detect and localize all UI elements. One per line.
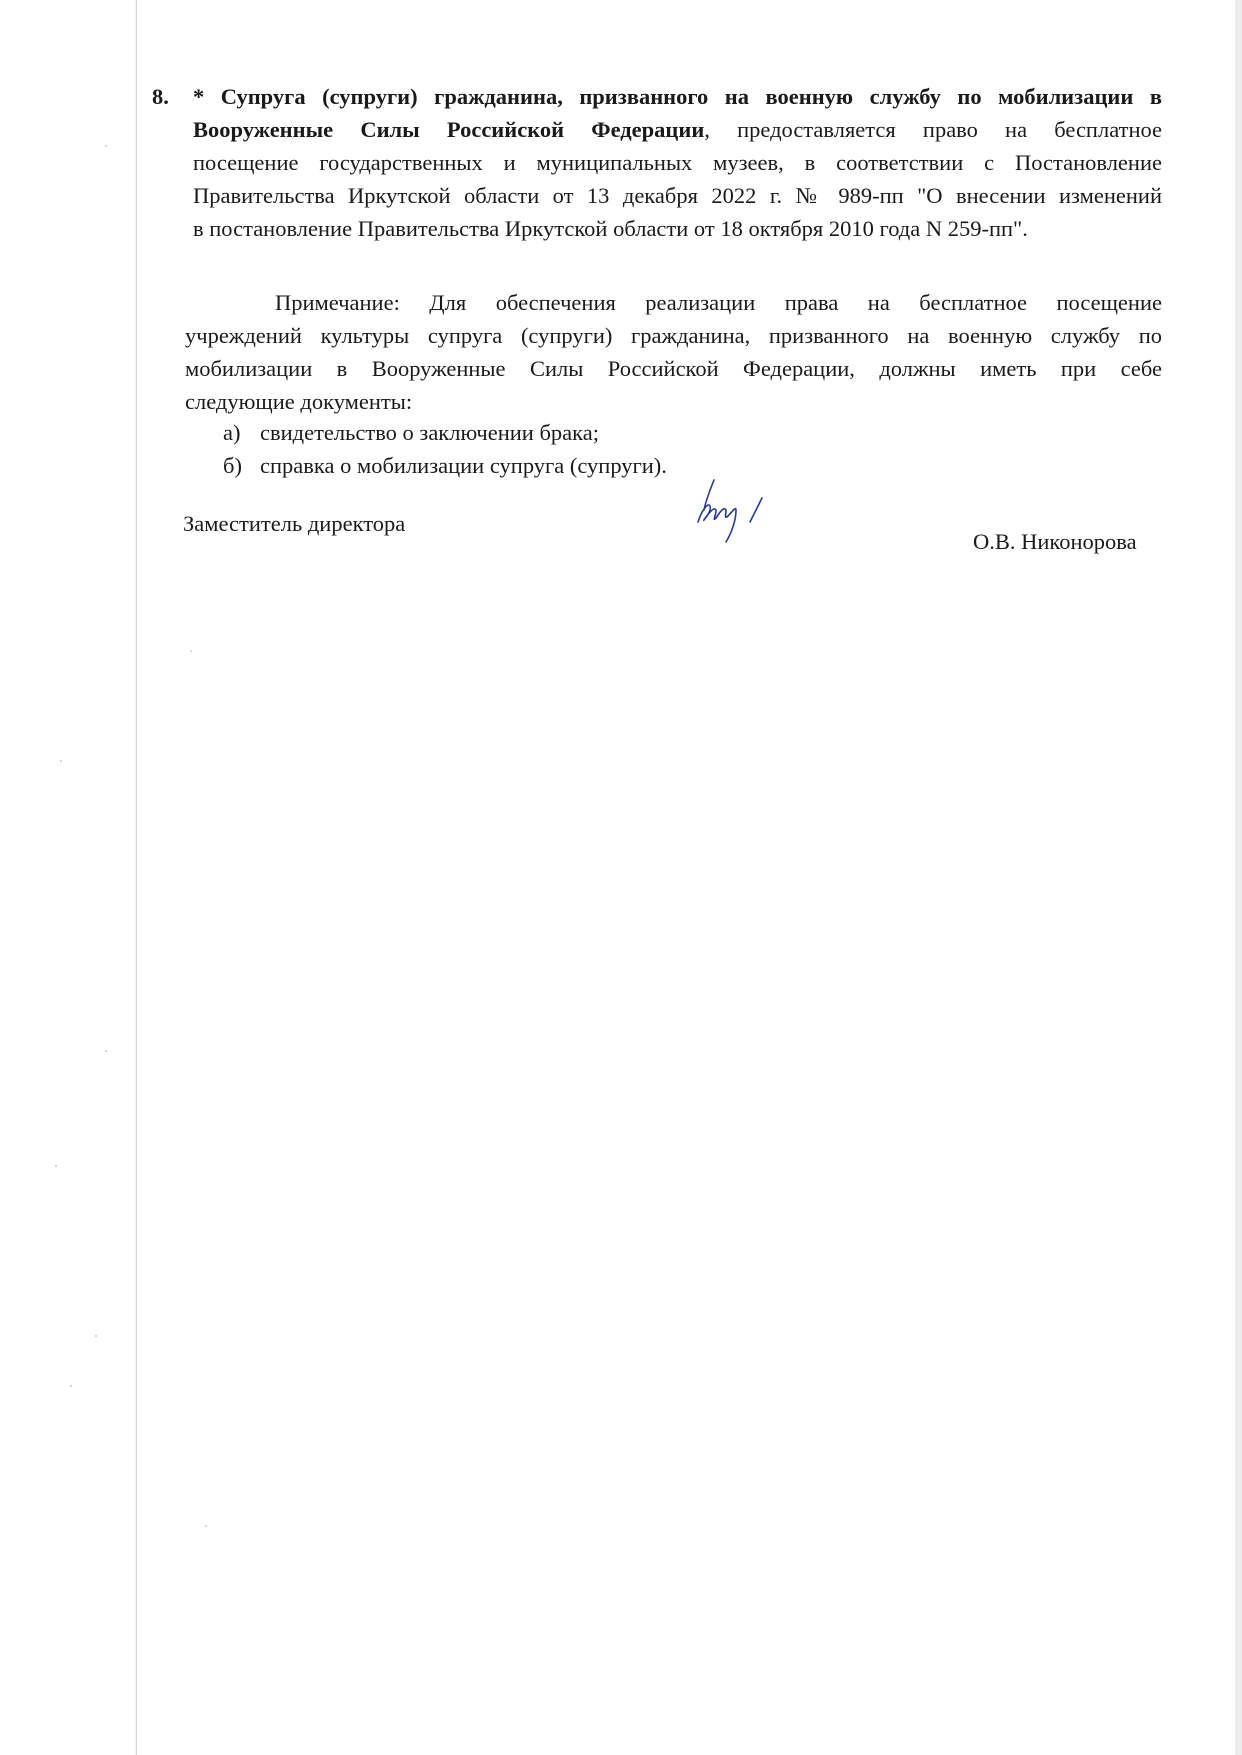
- item-line-2-bold: Вооруженные Силы Российской Федерации: [193, 117, 704, 142]
- list-item: а) свидетельство о заключении брака;: [223, 416, 240, 449]
- note-line-3-text: мобилизации в Вооруженные Силы Российско…: [185, 356, 1162, 381]
- note-line-1: Примечание: Для обеспечения реализации п…: [275, 286, 1162, 319]
- note-line-2: учреждений культуры супруга (супруги) гр…: [185, 319, 1162, 352]
- note-line-2-text: учреждений культуры супруга (супруги) гр…: [185, 323, 1162, 348]
- item-number: 8.: [152, 80, 169, 113]
- list-item-text: справка о мобилизации супруга (супруги).: [260, 449, 667, 482]
- note-line-3: мобилизации в Вооруженные Силы Российско…: [185, 352, 1162, 385]
- page-edge: [1235, 0, 1242, 1755]
- item-line-5: в постановление Правительства Иркутской …: [193, 212, 1028, 245]
- item-line-1-bold: * Супруга (супруги) гражданина, призванн…: [193, 84, 1162, 109]
- item-line-1: * Супруга (супруги) гражданина, призванн…: [193, 80, 1162, 113]
- note-line-4: следующие документы:: [185, 385, 412, 418]
- list-item: б) справка о мобилизации супруга (супруг…: [223, 449, 242, 482]
- item-line-5-text: в постановление Правительства Иркутской …: [193, 216, 1028, 241]
- item-line-4-text: Правительства Иркутской области от 13 де…: [193, 183, 1162, 208]
- item-line-4: Правительства Иркутской области от 13 де…: [193, 179, 1162, 212]
- left-margin: [0, 0, 135, 1755]
- document-page: [136, 0, 1236, 1755]
- handwritten-signature-icon: [692, 476, 787, 548]
- note-line-1-text: Примечание: Для обеспечения реализации п…: [275, 290, 1162, 315]
- item-line-2-rest: , предоставляется право на бесплатное: [704, 117, 1162, 142]
- signatory-position: Заместитель директора: [183, 507, 405, 540]
- list-marker: а): [223, 420, 240, 445]
- signatory-name: О.В. Никонорова: [973, 525, 1137, 558]
- list-item-text: свидетельство о заключении брака;: [260, 416, 599, 449]
- list-marker: б): [223, 453, 242, 478]
- item-line-3: посещение государственных и муниципальны…: [193, 146, 1162, 179]
- item-line-3-text: посещение государственных и муниципальны…: [193, 150, 1162, 175]
- item-line-2: Вооруженные Силы Российской Федерации, п…: [193, 113, 1162, 146]
- note-line-4-text: следующие документы:: [185, 389, 412, 414]
